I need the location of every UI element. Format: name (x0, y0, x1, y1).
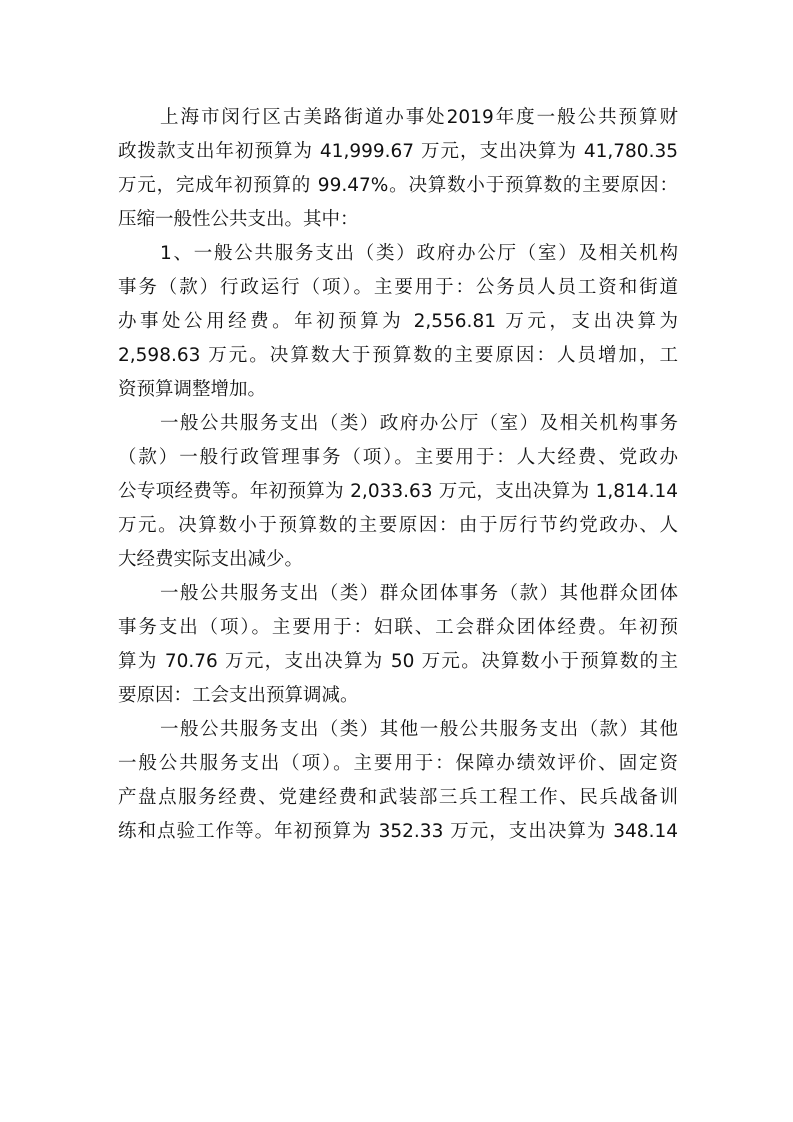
paragraph-general-administration: 一般公共服务支出（类）政府办公厅（室）及相关机构事务 （款）一般行政管理事务（项… (118, 407, 678, 577)
text-line: 政拨款支出年初预算为 41,999.67 万元，支出决算为 41,780.35 (118, 135, 678, 169)
text-line: 一般公共服务支出（类）政府办公厅（室）及相关机构事务 (118, 407, 678, 441)
document-page: 上海市闵行区古美路街道办事处2019年度一般公共预算财 政拨款支出年初预算为 4… (118, 101, 678, 849)
text-line: 算为 70.76 万元，支出决算为 50 万元。决算数小于预算数的主 (118, 645, 678, 679)
text-line: 上海市闵行区古美路街道办事处2019年度一般公共预算财 (118, 101, 678, 135)
text-line: 产盘点服务经费、党建经费和武装部三兵工程工作、民兵战备训 (118, 781, 678, 815)
paragraph-administrative-operation: 1、一般公共服务支出（类）政府办公厅（室）及相关机构 事务（款）行政运行（项）。… (118, 237, 678, 407)
paragraph-summary: 上海市闵行区古美路街道办事处2019年度一般公共预算财 政拨款支出年初预算为 4… (118, 101, 678, 237)
paragraph-mass-organizations: 一般公共服务支出（类）群众团体事务（款）其他群众团体 事务支出（项）。主要用于：… (118, 577, 678, 713)
text-line: 公专项经费等。年初预算为 2,033.63 万元，支出决算为 1,814.14 (118, 475, 678, 509)
text-line: 万元。决算数小于预算数的主要原因：由于厉行节约党政办、人 (118, 509, 678, 543)
text-line: 事务（款）行政运行（项）。主要用于：公务员人员工资和街道 (118, 271, 678, 305)
paragraph-other-public-services: 一般公共服务支出（类）其他一般公共服务支出（款）其他 一般公共服务支出（项）。主… (118, 713, 678, 849)
text-line: 一般公共服务支出（项）。主要用于：保障办绩效评价、固定资 (118, 747, 678, 781)
text-line: 要原因：工会支出预算调减。 (118, 679, 678, 713)
text-line: 办事处公用经费。年初预算为 2,556.81 万元，支出决算为 (118, 305, 678, 339)
text-line: 万元，完成年初预算的 99.47%。决算数小于预算数的主要原因： (118, 169, 678, 203)
text-line: 一般公共服务支出（类）其他一般公共服务支出（款）其他 (118, 713, 678, 747)
text-line: 1、一般公共服务支出（类）政府办公厅（室）及相关机构 (118, 237, 678, 271)
text-line: 练和点验工作等。年初预算为 352.33 万元，支出决算为 348.14 (118, 815, 678, 849)
text-line: 一般公共服务支出（类）群众团体事务（款）其他群众团体 (118, 577, 678, 611)
text-line: 2,598.63 万元。决算数大于预算数的主要原因：人员增加，工 (118, 339, 678, 373)
text-line: （款）一般行政管理事务（项）。主要用于：人大经费、党政办 (118, 441, 678, 475)
text-line: 事务支出（项）。主要用于：妇联、工会群众团体经费。年初预 (118, 611, 678, 645)
text-line: 大经费实际支出减少。 (118, 543, 678, 577)
text-line: 资预算调整增加。 (118, 373, 678, 407)
text-line: 压缩一般性公共支出。其中： (118, 203, 678, 237)
